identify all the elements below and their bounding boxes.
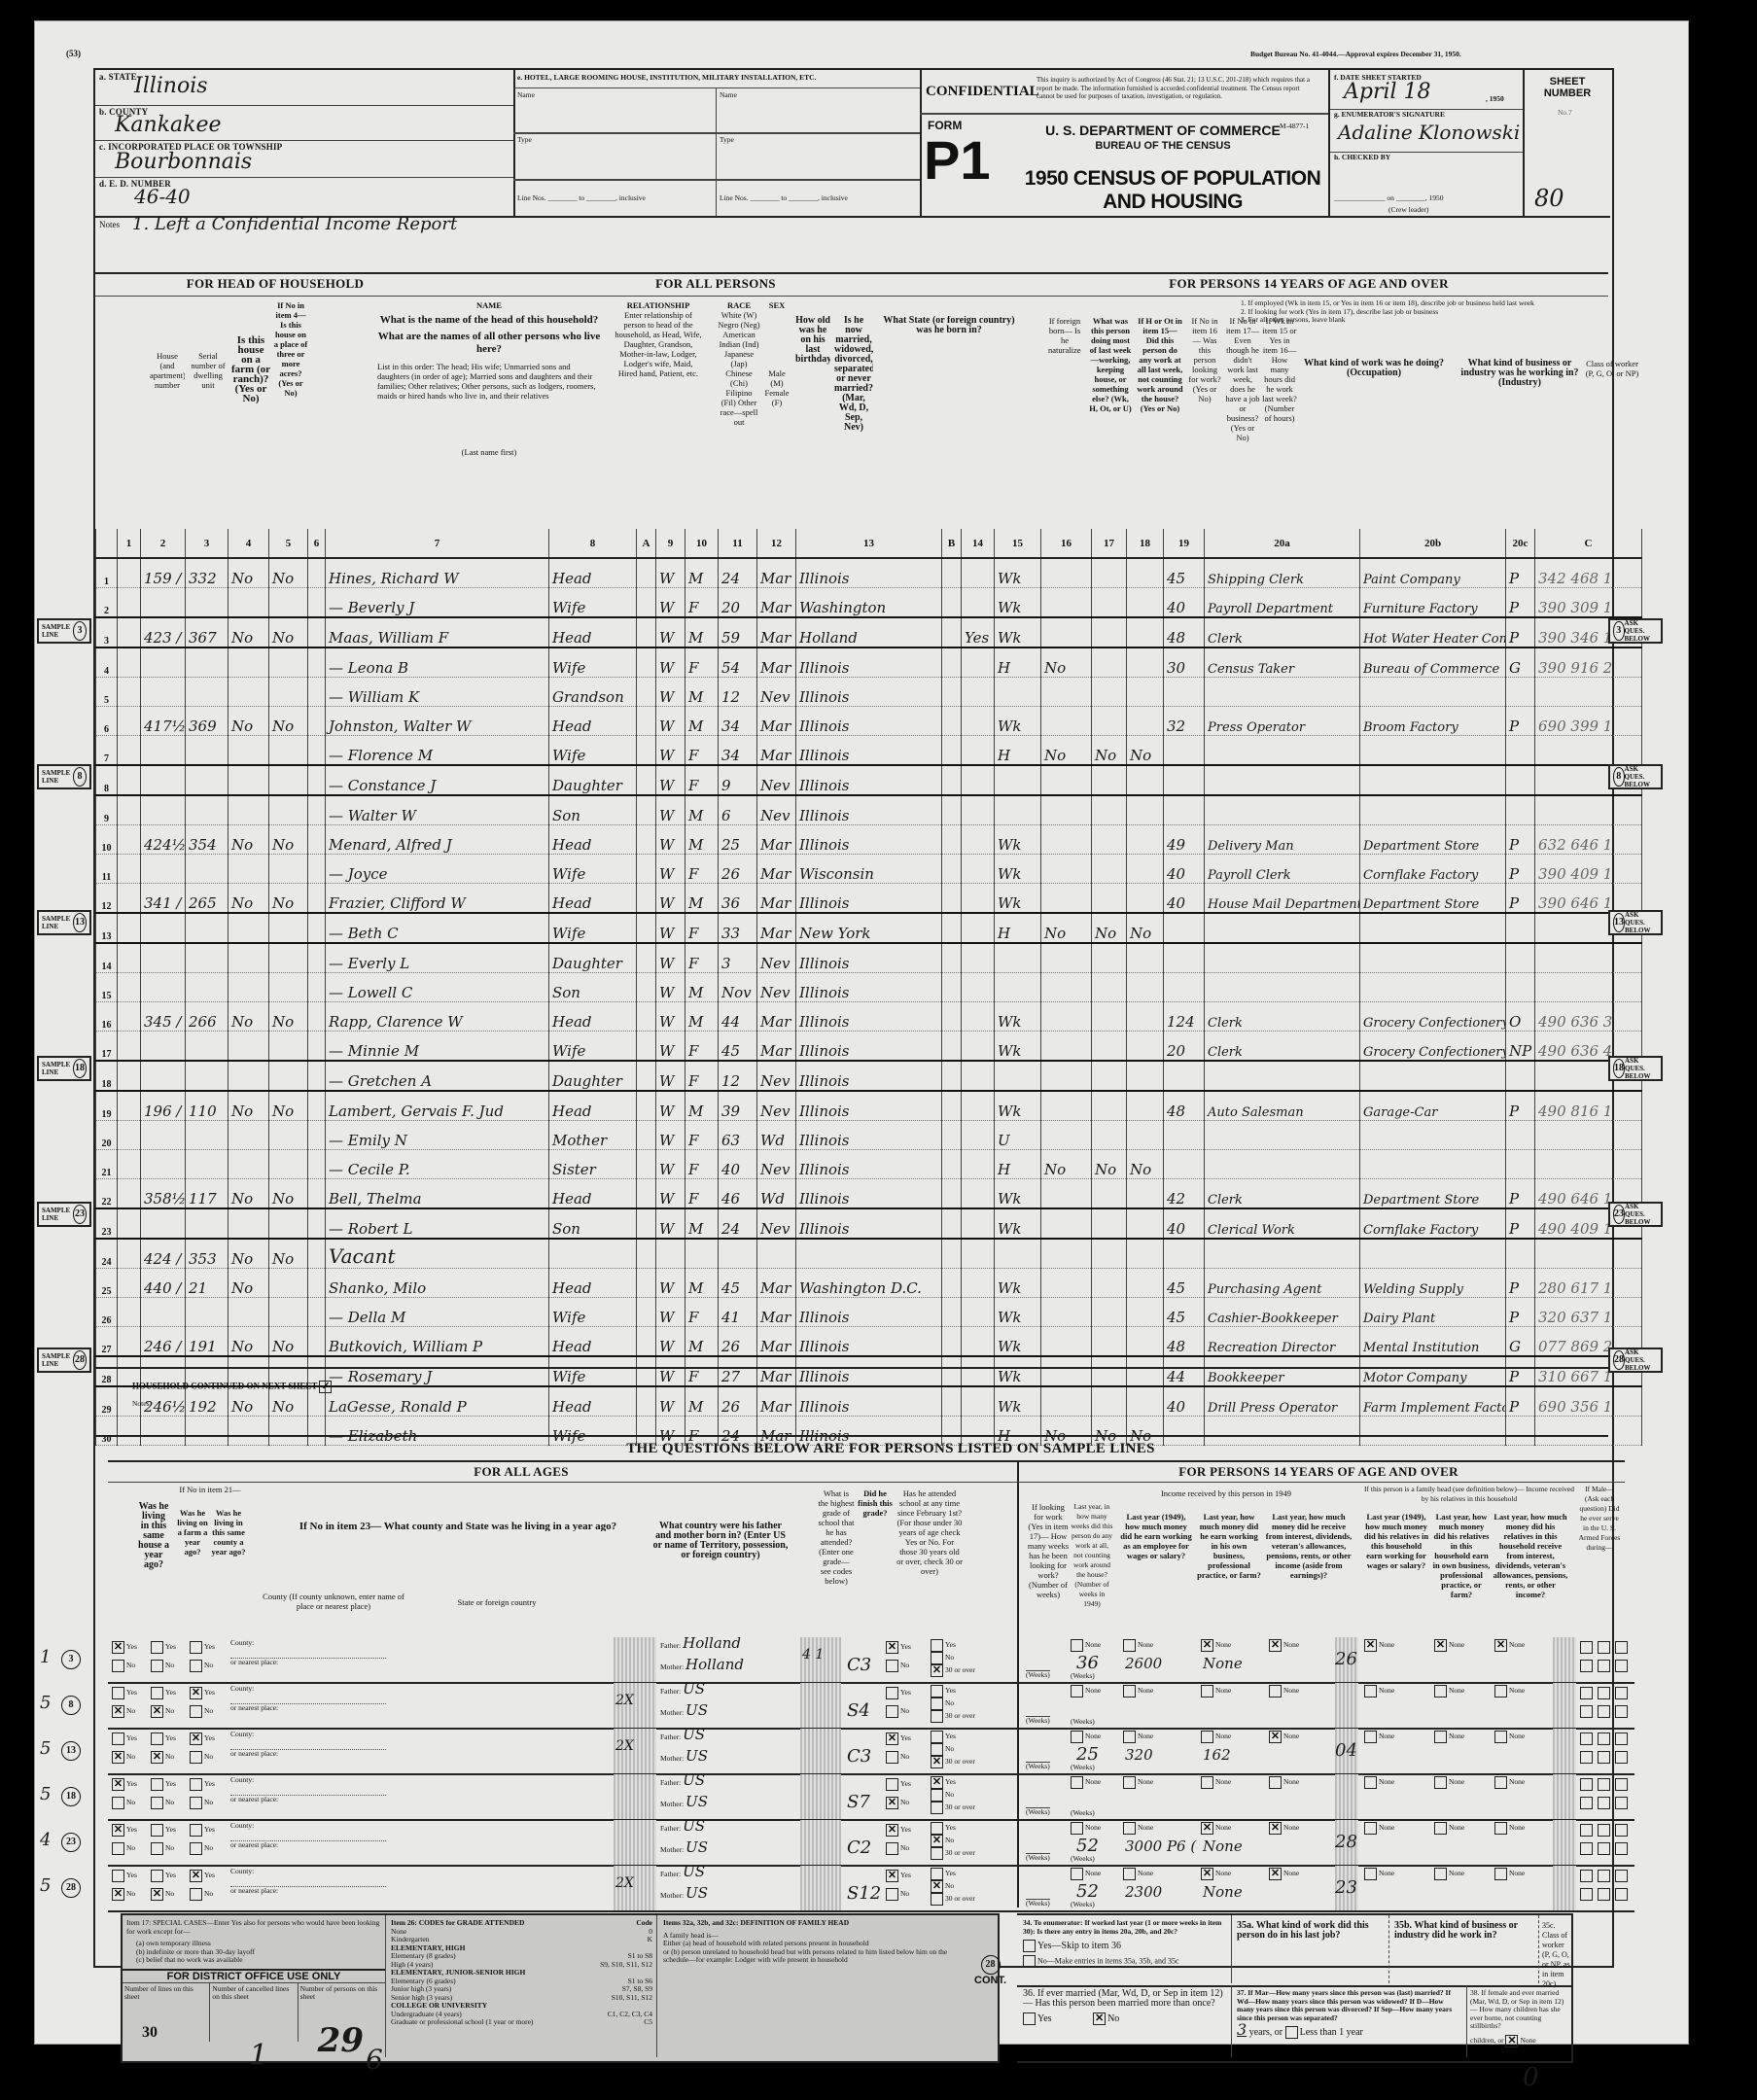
cell-activity xyxy=(995,943,1041,973)
q27-yes-checkbox[interactable]: ✕ xyxy=(886,1824,898,1837)
cell-age: 12 xyxy=(719,678,757,707)
cell-job xyxy=(1127,973,1164,1002)
q32b-none-checkbox[interactable] xyxy=(1434,1776,1447,1789)
q33c-yes-checkbox[interactable] xyxy=(1615,1641,1628,1654)
table-row: 20— Emily NMotherWF63WdIllinoisU xyxy=(96,1121,1642,1150)
sheet-number: 80 xyxy=(1534,185,1564,212)
q27-no-checkbox[interactable] xyxy=(886,1660,898,1672)
cell-hours xyxy=(1164,736,1205,766)
cell-farm xyxy=(228,943,269,973)
cell-aq xyxy=(308,884,326,914)
q27-no-checkbox[interactable]: ✕ xyxy=(886,1797,898,1809)
q32c-none-label: None xyxy=(1509,1686,1525,1695)
q27-no-checkbox[interactable] xyxy=(886,1705,898,1718)
q21-no-checkbox[interactable]: ✕ xyxy=(112,1751,124,1764)
q33a-yes-checkbox[interactable] xyxy=(1580,1732,1593,1745)
cell-age: 33 xyxy=(719,913,757,943)
q21-yes-checkbox[interactable]: ✕ xyxy=(112,1641,124,1654)
q30-none-checkbox[interactable] xyxy=(1071,1731,1083,1743)
q27-yes-checkbox[interactable]: ✕ xyxy=(886,1641,898,1654)
form-number: M-4877-1 xyxy=(1280,122,1309,131)
q31c-none-checkbox[interactable]: ✕ xyxy=(1269,1868,1282,1880)
q28-yes-checkbox[interactable]: ✕ xyxy=(931,1776,943,1789)
cell-aq xyxy=(308,1239,326,1269)
cell-rel: Head xyxy=(549,558,637,588)
q33c-no-checkbox[interactable] xyxy=(1615,1797,1628,1809)
cell-ind: Department Store xyxy=(1360,1179,1506,1209)
q32b-none-checkbox[interactable] xyxy=(1434,1868,1447,1880)
cell-street xyxy=(118,913,141,943)
cell-job xyxy=(1127,795,1164,825)
cell-looking xyxy=(1092,1179,1127,1209)
q32b-none-label: None xyxy=(1449,1640,1464,1649)
cell-name: — Lowell C xyxy=(326,973,549,1002)
q33c-no-checkbox[interactable] xyxy=(1615,1888,1628,1901)
q32b-none-checkbox[interactable] xyxy=(1434,1685,1447,1697)
q33c-yes-checkbox[interactable] xyxy=(1615,1778,1628,1791)
q30-none-checkbox[interactable] xyxy=(1071,1685,1083,1697)
grade-code-row: Graduate or professional school (1 year … xyxy=(391,2018,652,2027)
q31a-none-checkbox[interactable] xyxy=(1123,1822,1136,1835)
q30-none-checkbox[interactable] xyxy=(1071,1822,1083,1835)
q28-yes-checkbox[interactable] xyxy=(931,1639,943,1652)
col-7-q2: What are the names of all other persons … xyxy=(377,331,601,356)
q23-no-checkbox[interactable] xyxy=(190,1888,202,1901)
q27-no-checkbox[interactable] xyxy=(886,1888,898,1901)
q37-less-checkbox[interactable] xyxy=(1285,2026,1298,2039)
q28-30-checkbox[interactable]: ✕ xyxy=(931,1664,943,1677)
q23-yes-label: Yes xyxy=(204,1688,215,1697)
q32a-none-checkbox[interactable] xyxy=(1364,1685,1377,1697)
sample-line-number: 8 xyxy=(61,1696,81,1715)
q21-yes-checkbox[interactable] xyxy=(112,1732,124,1745)
q22-yes-checkbox[interactable] xyxy=(151,1824,163,1837)
cell-house xyxy=(141,855,186,884)
cell-farm: No xyxy=(228,1091,269,1121)
cell-looking xyxy=(1092,558,1127,588)
q33a-yes-checkbox[interactable] xyxy=(1580,1641,1593,1654)
cell-activity: Wk xyxy=(995,1298,1041,1327)
q31a-none-checkbox[interactable] xyxy=(1123,1776,1136,1789)
q33b-no-checkbox[interactable] xyxy=(1598,1660,1610,1672)
q33b-no-checkbox[interactable] xyxy=(1598,1888,1610,1901)
cell-ind xyxy=(1360,973,1506,1002)
q23-no-checkbox[interactable] xyxy=(190,1751,202,1764)
q36-no-checkbox[interactable]: ✕ xyxy=(1093,2012,1106,2025)
q33b-no-checkbox[interactable] xyxy=(1598,1705,1610,1718)
cell-house xyxy=(141,588,186,618)
q33a-no-checkbox[interactable] xyxy=(1580,1660,1593,1672)
q31c-none-checkbox[interactable] xyxy=(1269,1776,1282,1789)
q28-yes-checkbox[interactable] xyxy=(931,1822,943,1835)
q31b-none-checkbox[interactable]: ✕ xyxy=(1201,1822,1213,1835)
q31b-value: 162 xyxy=(1203,1746,1231,1764)
lines-label-2: Line Nos. ________ to ________, inclusiv… xyxy=(720,194,848,203)
cell-job: No xyxy=(1127,736,1164,766)
q32a-none-checkbox[interactable] xyxy=(1364,1731,1377,1743)
q23-yes-checkbox[interactable] xyxy=(190,1778,202,1791)
cell-serial xyxy=(186,588,228,618)
cell-activity: Wk xyxy=(995,1002,1041,1032)
q23-no-checkbox[interactable] xyxy=(190,1705,202,1718)
q21-no-checkbox[interactable]: ✕ xyxy=(112,1705,124,1718)
q33b-no-checkbox[interactable] xyxy=(1598,1842,1610,1855)
q31a-none-checkbox[interactable] xyxy=(1123,1868,1136,1880)
q32c-none-label: None xyxy=(1509,1823,1525,1832)
q31b-none-checkbox[interactable] xyxy=(1201,1685,1213,1697)
cell-B xyxy=(942,707,962,736)
q33c-no-checkbox[interactable] xyxy=(1615,1705,1628,1718)
cell-farm xyxy=(228,913,269,943)
q21-no-checkbox[interactable] xyxy=(112,1660,124,1672)
cell-serial xyxy=(186,678,228,707)
q28-30-label: 30 or over xyxy=(945,1711,975,1720)
cell-A xyxy=(637,617,656,647)
q33a-yes-checkbox[interactable] xyxy=(1580,1870,1593,1882)
cell-name: Frazier, Clifford W xyxy=(326,884,549,914)
q32c-none-checkbox[interactable] xyxy=(1494,1731,1507,1743)
q33c-yes-checkbox[interactable] xyxy=(1615,1870,1628,1882)
cell-house: 440 / W xyxy=(141,1269,186,1298)
cell-mar: Mar xyxy=(757,884,796,914)
q33c-yes-checkbox[interactable] xyxy=(1615,1687,1628,1699)
q22-yes-checkbox[interactable] xyxy=(151,1687,163,1699)
cell-aq xyxy=(308,973,326,1002)
q21-yes-checkbox[interactable]: ✕ xyxy=(112,1824,124,1837)
q33c-no-checkbox[interactable] xyxy=(1615,1751,1628,1764)
cell-ind: Hot Water Heater Company xyxy=(1360,617,1506,647)
q23-yes-checkbox[interactable]: ✕ xyxy=(190,1870,202,1882)
cell-activity: Wk xyxy=(995,707,1041,736)
cell-nat xyxy=(962,1061,995,1091)
q33a-no-checkbox[interactable] xyxy=(1580,1888,1593,1901)
footer-questions: 34. To enumerator: If worked last year (… xyxy=(1017,1913,1573,2063)
cell-activity: Wk xyxy=(995,1327,1041,1357)
cell-hours xyxy=(1164,973,1205,1002)
cell-worked xyxy=(1041,1032,1092,1062)
cell-cls xyxy=(1506,795,1535,825)
q22-no-checkbox[interactable] xyxy=(151,1660,163,1672)
q21-no-label: No xyxy=(126,1661,135,1669)
cell-worked: No xyxy=(1041,736,1092,766)
q33b-yes-checkbox[interactable] xyxy=(1598,1641,1610,1654)
q22-no-checkbox[interactable] xyxy=(151,1842,163,1855)
q31c-none-label: None xyxy=(1283,1732,1299,1740)
q38-none-checkbox[interactable]: ✕ xyxy=(1505,2035,1518,2047)
q28-no-checkbox[interactable] xyxy=(931,1743,943,1756)
cell-street xyxy=(118,1417,141,1446)
q21-no-checkbox[interactable] xyxy=(112,1842,124,1855)
cell-farm: No xyxy=(228,617,269,647)
cell-street xyxy=(118,765,141,795)
q32a-none-checkbox[interactable] xyxy=(1364,1868,1377,1880)
q22-yes-checkbox[interactable] xyxy=(151,1732,163,1745)
cell-hours: 32 xyxy=(1164,707,1205,736)
cell-age: 40 xyxy=(719,1150,757,1179)
cell-street xyxy=(118,1032,141,1062)
col-8-desc: Enter relationship of person to head of … xyxy=(615,310,702,378)
line-number: 28 xyxy=(96,1356,118,1386)
q32c-none-label: None xyxy=(1509,1640,1525,1649)
cell-nat xyxy=(962,1269,995,1298)
col-7-list: List in this order: The head; His wife; … xyxy=(377,362,601,401)
continued-checkbox[interactable]: ✓ xyxy=(319,1381,332,1393)
grade-code-value: S10, S11, S12 xyxy=(612,1994,652,2003)
q33a-yes-checkbox[interactable] xyxy=(1580,1824,1593,1837)
sample-row: 5 28 Yes ✕No Yes ✕No ✕Yes No County:or n… xyxy=(108,1866,1634,1912)
cell-street xyxy=(118,1002,141,1032)
sample-row: 5 18 ✕Yes No Yes No Yes No County:or nea… xyxy=(108,1774,1634,1821)
cell-aq xyxy=(308,1121,326,1150)
q30-none-checkbox[interactable] xyxy=(1071,1776,1083,1789)
q32a-none-checkbox[interactable]: ✕ xyxy=(1364,1639,1377,1652)
q34-no-checkbox[interactable] xyxy=(1023,1955,1036,1968)
q28-30-checkbox[interactable] xyxy=(931,1893,943,1906)
q27-no-label: No xyxy=(900,1843,909,1852)
q33b-no-checkbox[interactable] xyxy=(1598,1797,1610,1809)
q22-no-checkbox[interactable] xyxy=(151,1797,163,1809)
q28-no-checkbox[interactable]: ✕ xyxy=(931,1880,943,1893)
q33a-no-checkbox[interactable] xyxy=(1580,1751,1593,1764)
cell-street xyxy=(118,884,141,914)
q36-no-label: No xyxy=(1107,2013,1119,2024)
q31a-none-checkbox[interactable] xyxy=(1123,1639,1136,1652)
lower-persons-14: FOR PERSONS 14 YEARS OF AGE AND OVER xyxy=(1046,1464,1591,1480)
q33c-no-checkbox[interactable] xyxy=(1615,1842,1628,1855)
cell-worked xyxy=(1041,1269,1092,1298)
q22-no-checkbox[interactable]: ✕ xyxy=(151,1888,163,1901)
cell-worked xyxy=(1041,1327,1092,1357)
cell-aq xyxy=(308,855,326,884)
q32a-none-label: None xyxy=(1379,1640,1394,1649)
cell-sex: M xyxy=(685,707,719,736)
cell-mar: Mar xyxy=(757,647,796,678)
q31b-none-checkbox[interactable] xyxy=(1201,1776,1213,1789)
cell-aq xyxy=(308,617,326,647)
q33b-yes-checkbox[interactable] xyxy=(1598,1824,1610,1837)
date-value: April 18 xyxy=(1344,80,1431,104)
q33a-no-checkbox[interactable] xyxy=(1580,1705,1593,1718)
q28-no-checkbox[interactable]: ✕ xyxy=(931,1835,943,1847)
q32b-none-checkbox[interactable] xyxy=(1434,1731,1447,1743)
q32c-none-checkbox[interactable] xyxy=(1494,1685,1507,1697)
q33b-yes-checkbox[interactable] xyxy=(1598,1687,1610,1699)
q27-no-checkbox[interactable] xyxy=(886,1842,898,1855)
cell-mar: Wd xyxy=(757,1179,796,1209)
q22-yes-checkbox[interactable] xyxy=(151,1778,163,1791)
q31c-none-checkbox[interactable]: ✕ xyxy=(1269,1731,1282,1743)
cell-birth: Illinois xyxy=(796,765,942,795)
q28-no-checkbox[interactable] xyxy=(931,1789,943,1802)
cell-house xyxy=(141,1417,186,1446)
q31c-none-checkbox[interactable] xyxy=(1269,1685,1282,1697)
cell-aq xyxy=(308,1298,326,1327)
column-number-row: 123 456 78A 91011 1213B 141516 171819 20… xyxy=(96,529,1642,558)
q32a-none-checkbox[interactable] xyxy=(1364,1776,1377,1789)
cell-race: W xyxy=(656,647,685,678)
q21-yes-checkbox[interactable] xyxy=(112,1870,124,1882)
cell-rel: Head xyxy=(549,884,637,914)
special-case-c: (c) belief that no work was available xyxy=(123,1956,385,1965)
q23-yes-checkbox[interactable]: ✕ xyxy=(190,1732,202,1745)
cell-farm xyxy=(228,1061,269,1091)
q23-no-checkbox[interactable] xyxy=(190,1660,202,1672)
q31a-none-checkbox[interactable] xyxy=(1123,1685,1136,1697)
q33c-no-checkbox[interactable] xyxy=(1615,1660,1628,1672)
cell-activity xyxy=(995,1061,1041,1091)
q34-yes-checkbox[interactable] xyxy=(1023,1940,1036,1952)
cell-acres xyxy=(269,588,308,618)
cell-activity: Wk xyxy=(995,884,1041,914)
q23-yes-checkbox[interactable] xyxy=(190,1824,202,1837)
q28-30-checkbox[interactable]: ✕ xyxy=(931,1756,943,1768)
sample-line-badge-left: SAMPLE LINE3 xyxy=(37,618,91,644)
q21-no-label: No xyxy=(126,1706,135,1715)
q33c-yes-checkbox[interactable] xyxy=(1615,1824,1628,1837)
q27-yes-checkbox[interactable]: ✕ xyxy=(886,1732,898,1745)
cell-rel: Son xyxy=(549,1208,637,1239)
cell-activity: Wk xyxy=(995,1208,1041,1239)
cell-rel: Mother xyxy=(549,1121,637,1150)
cell-A xyxy=(637,765,656,795)
q28-30-checkbox[interactable] xyxy=(931,1847,943,1860)
q27-yes-checkbox[interactable] xyxy=(886,1687,898,1699)
q31a-value: 2600 xyxy=(1125,1655,1197,1672)
cell-activity: Wk xyxy=(995,617,1041,647)
cell-birth: New York xyxy=(796,913,942,943)
cell-ind xyxy=(1360,736,1506,766)
q32a-none-checkbox[interactable] xyxy=(1364,1822,1377,1835)
cell-activity: H xyxy=(995,647,1041,678)
q22-yes-checkbox[interactable] xyxy=(151,1641,163,1654)
q21-yes-checkbox[interactable]: ✕ xyxy=(112,1778,124,1791)
q31b-none-checkbox[interactable] xyxy=(1201,1731,1213,1743)
q32b-none-checkbox[interactable] xyxy=(1434,1822,1447,1835)
cell-race: W xyxy=(656,1061,685,1091)
cell-ind xyxy=(1360,913,1506,943)
cell-age: 6 xyxy=(719,795,757,825)
q33b-yes-checkbox[interactable] xyxy=(1598,1870,1610,1882)
cell-serial xyxy=(186,1150,228,1179)
q28-yes-checkbox[interactable] xyxy=(931,1685,943,1697)
q28-yes-checkbox[interactable] xyxy=(931,1731,943,1743)
q33b-yes-checkbox[interactable] xyxy=(1598,1778,1610,1791)
q32b-none-checkbox[interactable]: ✕ xyxy=(1434,1639,1447,1652)
cell-code: 490 816 1 xyxy=(1535,1091,1642,1121)
q31c-none-checkbox[interactable]: ✕ xyxy=(1269,1639,1282,1652)
cell-sex: M xyxy=(685,1002,719,1032)
q28-30-checkbox[interactable] xyxy=(931,1802,943,1814)
cell-age: 45 xyxy=(719,1269,757,1298)
district-persons-value: 29 xyxy=(318,2037,364,2046)
q32c-none-checkbox[interactable] xyxy=(1494,1822,1507,1835)
cell-A xyxy=(637,1269,656,1298)
cell-ind: Grocery Confectionery Store xyxy=(1360,1002,1506,1032)
cell-looking xyxy=(1092,678,1127,707)
q31c-none-checkbox[interactable]: ✕ xyxy=(1269,1822,1282,1835)
q33b-no-checkbox[interactable] xyxy=(1598,1751,1610,1764)
q27-yes-checkbox[interactable] xyxy=(886,1778,898,1791)
q31a-none-checkbox[interactable] xyxy=(1123,1731,1136,1743)
line-number: 27 xyxy=(96,1327,118,1357)
cell-cls xyxy=(1506,1150,1535,1179)
q31b-none-checkbox[interactable]: ✕ xyxy=(1201,1868,1213,1880)
q32c-none-checkbox[interactable] xyxy=(1494,1776,1507,1789)
q33a-yes-checkbox[interactable] xyxy=(1580,1778,1593,1791)
q22-no-label: No xyxy=(165,1752,174,1761)
district-persons-label: Number of persons on this sheet xyxy=(300,1984,378,2002)
q21-no-checkbox[interactable]: ✕ xyxy=(112,1888,124,1901)
cell-activity: Wk xyxy=(995,1032,1041,1062)
cell-ind xyxy=(1360,1239,1506,1269)
q30-none-checkbox[interactable] xyxy=(1071,1639,1083,1652)
table-row: 23— Robert LSonWM24NevIllinoisWk40Cleric… xyxy=(96,1208,1642,1239)
sample-line-badge-right: 18ASK QUES. BELOW xyxy=(1608,1056,1663,1081)
q23-no-checkbox[interactable] xyxy=(190,1797,202,1809)
q33c-yes-checkbox[interactable] xyxy=(1615,1732,1628,1745)
q21-no-label: No xyxy=(126,1889,135,1898)
q22-no-checkbox[interactable]: ✕ xyxy=(151,1705,163,1718)
sample-line-label: SAMPLE LINE xyxy=(42,915,73,930)
q31a-none-label: None xyxy=(1138,1823,1153,1832)
q32b-none-label: None xyxy=(1449,1686,1464,1695)
cell-name: LaGesse, Ronald P xyxy=(326,1386,549,1417)
line-number: 20 xyxy=(96,1121,118,1150)
cell-birth: Illinois xyxy=(796,1121,942,1150)
q36-yes-checkbox[interactable] xyxy=(1023,2012,1036,2025)
q28-yes-checkbox[interactable] xyxy=(931,1868,943,1880)
cell-hours: 40 xyxy=(1164,1386,1205,1417)
cell-race: W xyxy=(656,736,685,766)
cell-worked xyxy=(1041,1298,1092,1327)
q27-no-checkbox[interactable] xyxy=(886,1751,898,1764)
q23-no-label: No xyxy=(204,1798,213,1806)
q33a-no-checkbox[interactable] xyxy=(1580,1797,1593,1809)
q32c-none-checkbox[interactable]: ✕ xyxy=(1494,1639,1507,1652)
q30-weeks-label: (Weeks) xyxy=(1071,1764,1095,1772)
q28-no-checkbox[interactable] xyxy=(931,1697,943,1710)
cell-job xyxy=(1127,884,1164,914)
q23-no-checkbox[interactable] xyxy=(190,1842,202,1855)
q21-yes-checkbox[interactable] xyxy=(112,1687,124,1699)
q32c-none-checkbox[interactable] xyxy=(1494,1868,1507,1880)
q28-30-checkbox[interactable] xyxy=(931,1710,943,1723)
confidential-text: This inquiry is authorized by Act of Con… xyxy=(1037,76,1318,101)
q32a-none-label: None xyxy=(1379,1869,1394,1877)
cell-mar: Mar xyxy=(757,588,796,618)
q22-no-checkbox[interactable]: ✕ xyxy=(151,1751,163,1764)
q23-yes-checkbox[interactable] xyxy=(190,1641,202,1654)
q22-yes-checkbox[interactable] xyxy=(151,1870,163,1882)
q33a-no-checkbox[interactable] xyxy=(1580,1842,1593,1855)
q21-no-checkbox[interactable] xyxy=(112,1797,124,1809)
cell-name: — Robert L xyxy=(326,1208,549,1239)
cell-aq xyxy=(308,678,326,707)
table-row: 8— Constance JDaughterWF9NevIllinois xyxy=(96,765,1642,795)
q28-30-label: 30 or over xyxy=(945,1894,975,1903)
q33b-yes-checkbox[interactable] xyxy=(1598,1732,1610,1745)
mother-label: Mother: xyxy=(660,1754,684,1763)
q33a-yes-checkbox[interactable] xyxy=(1580,1687,1593,1699)
q30-none-checkbox[interactable] xyxy=(1071,1868,1083,1880)
q28-no-checkbox[interactable] xyxy=(931,1652,943,1664)
nearest-place-label: or nearest place: xyxy=(230,1795,278,1803)
q27-yes-checkbox[interactable]: ✕ xyxy=(886,1870,898,1882)
q31b-none-checkbox[interactable]: ✕ xyxy=(1201,1639,1213,1652)
line-number: 6 xyxy=(96,707,118,736)
q23-yes-checkbox[interactable]: ✕ xyxy=(190,1687,202,1699)
q23-no-label: No xyxy=(204,1706,213,1715)
